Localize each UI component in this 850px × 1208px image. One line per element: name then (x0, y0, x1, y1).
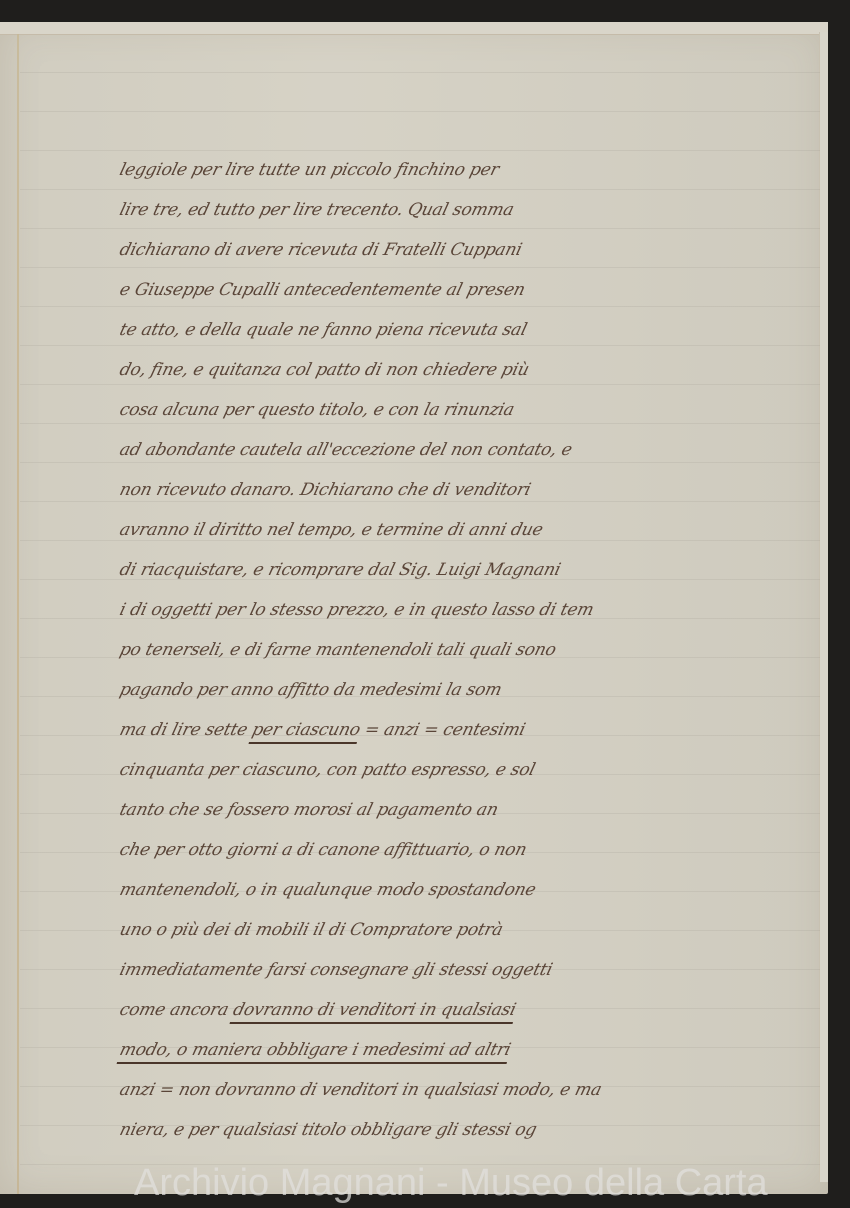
text-line: cosa alcuna per questo titolo, e con la … (115, 390, 645, 430)
text-line: po tenerseli, e di farne mantenendoli ta… (115, 630, 645, 670)
text-line: e Giuseppe Cupalli antecedentemente al p… (115, 270, 645, 310)
text-line: mantenendoli, o in qualunque modo sposta… (115, 870, 645, 910)
text-line: immediatamente farsi consegnare gli stes… (115, 950, 645, 990)
text-line: pagando per anno affitto da medesimi la … (115, 670, 645, 710)
archive-watermark: Archivio Magnani - Museo della Carta (134, 1162, 768, 1205)
text-line: ma di lire sette per ciascuno = anzi = c… (115, 710, 645, 750)
text-line: te atto, e della quale ne fanno piena ri… (115, 310, 645, 350)
underlined-text: per ciascuno (249, 720, 363, 744)
text-line: come ancora dovranno di venditori in qua… (115, 990, 645, 1030)
text-line: anzi = non dovranno di venditori in qual… (115, 1070, 645, 1110)
text-line: i di oggetti per lo stesso prezzo, e in … (115, 590, 645, 630)
text-segment: ma di lire sette (118, 720, 255, 740)
text-line: avranno il diritto nel tempo, e termine … (115, 510, 645, 550)
text-line: non ricevuto danaro. Dichiarano che di v… (115, 470, 645, 510)
paper-right-edge (819, 32, 828, 1182)
underlined-text: modo, o maniera obbligare i medesimi ad … (117, 1040, 513, 1064)
text-line: lire tre, ed tutto per lire trecento. Qu… (115, 190, 645, 230)
text-segment: come ancora (118, 1000, 236, 1020)
text-line: niera, e per qualsiasi titolo obbligare … (115, 1110, 645, 1150)
text-line: leggiole per lire tutte un piccolo finch… (115, 150, 645, 190)
text-line: uno o più dei di mobili il di Compratore… (115, 910, 645, 950)
text-segment: = anzi = centesimi (357, 720, 527, 740)
text-line: di riacquistare, e ricomprare dal Sig. L… (115, 550, 645, 590)
text-line: cinquanta per ciascuno, con patto espres… (115, 750, 645, 790)
fold-line (17, 34, 19, 1194)
text-line: modo, o maniera obbligare i medesimi ad … (115, 1030, 645, 1070)
text-line: tanto che se fossero morosi al pagamento… (115, 790, 645, 830)
handwritten-text-block: leggiole per lire tutte un piccolo finch… (120, 150, 640, 1150)
text-line: do, fine, e quitanza col patto di non ch… (115, 350, 645, 390)
underlined-text: dovranno di venditori in qualsiasi (230, 1000, 518, 1024)
text-line: ad abondante cautela all'eccezione del n… (115, 430, 645, 470)
text-line: dichiarano di avere ricevuta di Fratelli… (115, 230, 645, 270)
text-line: che per otto giorni a di canone affittua… (115, 830, 645, 870)
